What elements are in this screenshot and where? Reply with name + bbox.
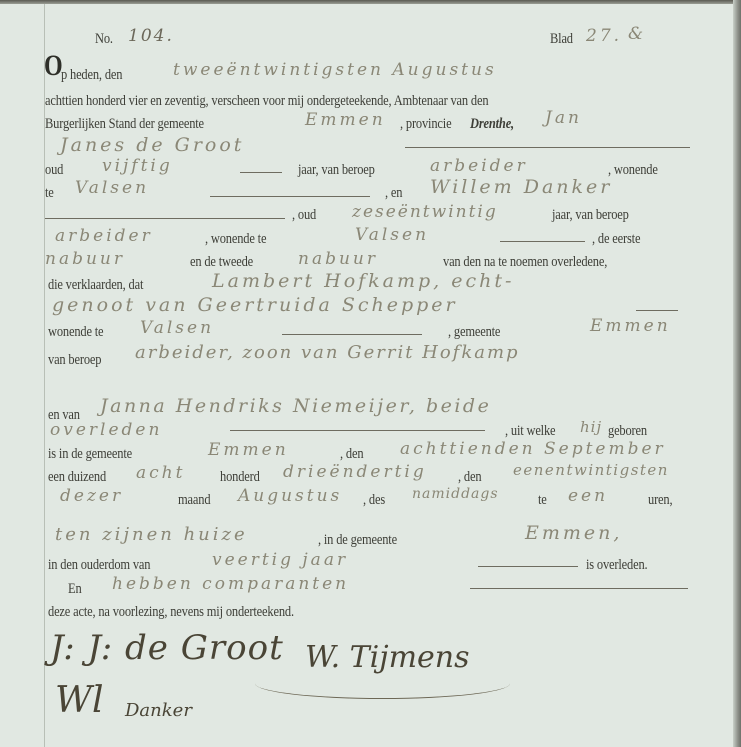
handwritten-hour: een [568,486,608,506]
print-text: in den ouderdom van [48,557,150,574]
handwritten-municipality: Emmen [590,316,671,336]
print-text: , gemeente [448,324,500,341]
print-text: , oud [292,207,316,224]
print-text: jaar, van beroep [552,207,629,224]
print-text: , wonende [608,162,658,179]
handwritten-pronoun: hij [580,418,602,436]
handwritten-municipality: Emmen [305,110,386,130]
print-text: , den [458,469,481,486]
handwritten-spouse: genoot van Geertruida Schepper [52,294,458,316]
handwritten-birthdate: achttienden September [400,439,666,459]
fill-line [470,588,688,589]
fill-line [45,218,285,219]
handwritten-age-at-death: veertig jaar [212,550,348,570]
province-name: Drenthe, [470,116,514,133]
print-text: oud [45,162,63,179]
handwritten-century: acht [136,463,185,483]
handwritten-date: tweeëntwintigsten Augustus [173,60,497,80]
handwritten-age: zeseëntwintig [352,202,498,222]
print-text: jaar, van beroep [298,162,375,179]
handwritten-year: drieëndertig [283,462,427,482]
signature-initials: Wl [55,680,104,721]
fill-line [240,172,282,173]
fill-line [500,241,585,242]
handwritten-remark: hebben comparanten [112,574,349,594]
print-text: van den na te noemen overledene, [443,254,607,271]
handwritten-municipality: Emmen, [525,522,622,544]
print-text: En [68,581,82,598]
handwritten-residence: Valsen [75,178,149,198]
handwritten-mother: Janna Hendriks Niemeijer, beide [100,395,491,417]
print-text: geboren [608,423,647,440]
print-text: een duizend [48,469,106,486]
handwritten-occupation-father: arbeider, zoon van Gerrit Hofkamp [135,342,520,363]
print-text: uren, [648,492,672,509]
sheet-label: Blad [550,31,573,48]
fill-line [405,147,690,148]
print-text: wonende te [48,324,103,341]
handwritten-relation: nabuur [45,249,125,269]
handwritten-occupation: arbeider [55,226,153,246]
print-text: Burgerlijken Stand der gemeente [45,116,204,133]
handwritten-death-day: eenentwintigsten [513,461,669,479]
fill-line [282,334,422,335]
sheet-mark: & [628,24,646,44]
print-text: , provincie [400,116,451,133]
print-text: is overleden. [586,557,647,574]
fill-line [478,566,578,567]
print-text: van beroep [48,352,101,369]
handwritten-age: vijftig [102,156,173,176]
fill-line [230,430,485,431]
print-text: die verklaarden, dat [48,277,143,294]
signature-jan-de-groot: J: J: de Groot [50,628,284,668]
print-text: , de eerste [592,231,640,248]
handwritten-relation: nabuur [298,249,378,269]
print-text: en de tweede [190,254,253,271]
fill-line [210,196,370,197]
handwritten-month-ref: dezer [60,486,123,506]
print-text: maand [178,492,210,509]
print-text: , wonende te [205,231,266,248]
record-number-label: No. [95,31,113,48]
handwritten-name: Jan [545,108,582,128]
handwritten-birthplace: Emmen [208,440,289,460]
print-text: , des [363,492,385,509]
initial-capital: O [44,51,63,81]
handwritten-month: Augustus [238,486,342,506]
fill-line [636,310,678,311]
handwritten-deceased-name: Lambert Hofkamp, echt- [212,270,514,292]
print-text: te [45,185,54,202]
handwritten-witness1-name: Janes de Groot [60,134,244,156]
handwritten-witness2-name: Willem Danker [430,176,612,198]
print-text: honderd [220,469,260,486]
handwritten-status: overleden [50,420,162,440]
print-text: , in de gemeente [318,532,397,549]
print-text: achttien honderd vier en zeventig, versc… [45,93,488,110]
sheet-value: 27. [586,26,622,46]
print-text: te [538,492,547,509]
print-text: , en [385,185,402,202]
handwritten-occupation: arbeider [430,156,528,176]
handwritten-residence: Valsen [140,318,214,338]
print-text: deze acte, na voorlezing, nevens mij ond… [48,604,294,621]
scan-right-edge [733,0,741,747]
handwritten-daytime: namiddags [412,486,499,502]
handwritten-residence: Valsen [355,225,429,245]
print-text: , uit welke [505,423,555,440]
print-text: , den [340,446,363,463]
handwritten-place-of-death: ten zijnen huize [55,524,248,545]
signature-flourish [255,668,510,699]
print-text: p heden, den [61,67,122,84]
record-number-value: 104. [128,26,174,46]
print-text: is in de gemeente [48,446,132,463]
signature-danker: Danker [125,700,192,721]
